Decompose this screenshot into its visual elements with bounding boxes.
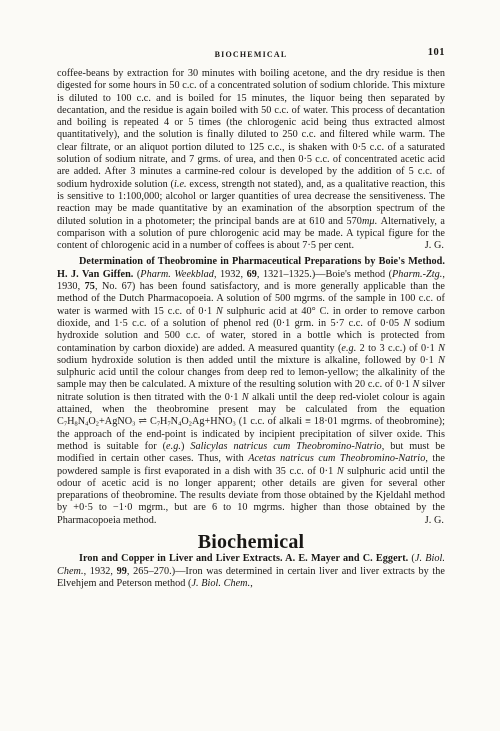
article-content: coffee-beans by extraction for 30 minute… [57, 68, 445, 590]
text-segment: Iron and Copper in Liver and Liver Extra… [79, 553, 411, 564]
text-segment: mμ [362, 216, 375, 227]
text-segment: , 1321–1325.)—Boie's method ( [257, 269, 392, 280]
text-segment: Pharm.-Ztg. [392, 269, 442, 280]
page-header: BIOCHEMICAL 101 [57, 50, 445, 64]
text-segment: +AgNO [99, 416, 132, 427]
text-segment: e.g. [341, 343, 356, 354]
text-segment: 99 [117, 566, 127, 577]
text-segment: sodium hydroxide solution is then added … [57, 355, 438, 366]
text-segment: Pharm. Weekblad [140, 269, 214, 280]
abstract-theobromine-boie-method: Determination of Theobromine in Pharmace… [57, 256, 445, 527]
text-segment: N [216, 306, 223, 317]
text-segment: e.g. [166, 441, 181, 452]
text-segment: N [438, 343, 445, 354]
abstract-chlorogenic-acid-continued: coffee-beans by extraction for 30 minute… [57, 68, 445, 252]
page-number: 101 [428, 47, 445, 58]
abstract-iron-copper-liver: Iron and Copper in Liver and Liver Extra… [57, 553, 445, 590]
abstractor-initials: J. G. [425, 240, 444, 252]
text-segment: N [337, 466, 344, 477]
text-segment: H [67, 416, 74, 427]
text-segment: Ag+HNO [192, 416, 233, 427]
section-heading-biochemical: Biochemical [57, 536, 445, 548]
text-segment: Salicylas natricus cum Theobromino-Natri… [190, 441, 381, 452]
text-segment: O [181, 416, 188, 427]
text-segment: O [88, 416, 95, 427]
journal-page: BIOCHEMICAL 101 coffee-beans by extracti… [0, 0, 500, 731]
text-segment: N [171, 416, 178, 427]
running-title: BIOCHEMICAL [57, 50, 445, 59]
text-segment: , 1932, [214, 269, 247, 280]
text-segment: , [250, 578, 253, 589]
text-segment: ) [181, 441, 190, 452]
text-segment: , 1932, [84, 566, 117, 577]
text-segment: coffee-beans by extraction for 30 minute… [57, 68, 445, 190]
text-segment: N [438, 355, 445, 366]
text-segment: 75 [85, 281, 95, 292]
text-segment: ⇌ C [135, 416, 156, 427]
text-segment: 69 [247, 269, 257, 280]
abstractor-initials: J. G. [403, 515, 444, 527]
text-segment: i.e. [174, 179, 187, 190]
text-segment: 2 to 3 c.c.) of 0·1 [356, 343, 438, 354]
text-segment: Acetas natricus cum Theobromino-Natrio [248, 453, 425, 464]
text-segment: J. Biol. Chem. [191, 578, 250, 589]
text-segment: N [242, 392, 249, 403]
text-segment: sulphuric acid until the colour changes … [57, 367, 445, 390]
